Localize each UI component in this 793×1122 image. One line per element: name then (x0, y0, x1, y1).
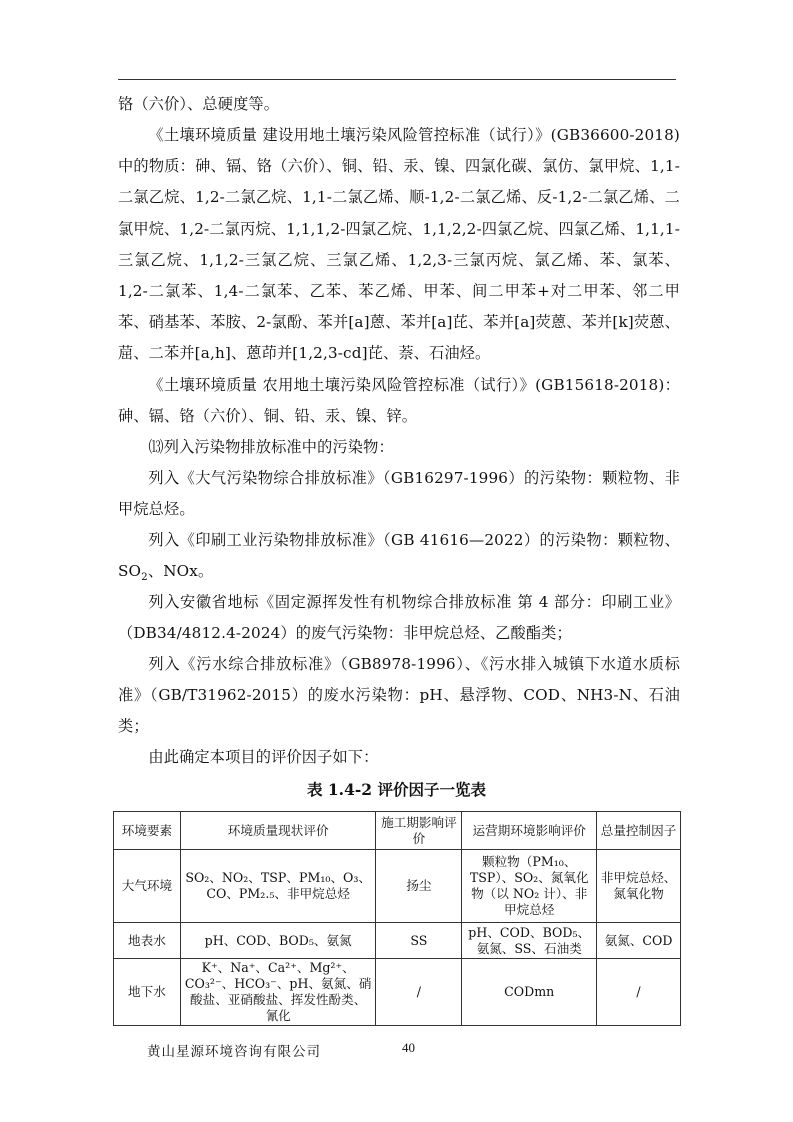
evaluation-factors-table: 环境要素 环境质量现状评价 施工期影响评价 运营期环境影响评价 总量控制因子 大… (113, 811, 681, 1026)
cell-operation: pH、COD、BOD₅、氨氮、SS、石油类 (462, 923, 597, 959)
paragraph-gb41616: 列入《印刷工业污染物排放标准》（GB 41616—2022）的污染物：颗粒物、S… (118, 525, 680, 587)
header-total-control: 总量控制因子 (597, 812, 681, 850)
paragraph-emission-standards-heading: ⒀列入污染物排放标准中的污染物： (118, 432, 680, 463)
cell-status: SO₂、NO₂、TSP、PM₁₀、O₃、CO、PM₂.₅、非甲烷总烃 (180, 850, 376, 923)
cell-construction: SS (376, 923, 462, 959)
cell-total-control: / (597, 959, 681, 1026)
paragraph-gb36600: 《土壤环境质量 建设用地土壤污染风险管控标准（试行）》(GB36600-2018… (118, 120, 680, 370)
cell-operation: 颗粒物（PM₁₀、TSP）、SO₂、氮氧化物（以 NO₂ 计）、非甲烷总烃 (462, 850, 597, 923)
paragraph-gb8978: 列入《污水综合排放标准》（GB8978-1996）、《污水排入城镇下水道水质标准… (118, 649, 680, 743)
cell-element: 地下水 (114, 959, 181, 1026)
header-element: 环境要素 (114, 812, 181, 850)
footer-company: 黄山星源环境咨询有限公司 (147, 1040, 321, 1060)
gb41616-text-b: 、NOx。 (148, 562, 213, 580)
paragraph-gb16297: 列入《大气污染物综合排放标准》（GB16297-1996）的污染物：颗粒物、非甲… (118, 463, 680, 525)
table-row: 地表水 pH、COD、BOD₅、氨氮 SS pH、COD、BOD₅、氨氮、SS、… (114, 923, 681, 959)
table-caption: 表 1.4-2 评价因子一览表 (0, 778, 793, 800)
header-rule (118, 79, 676, 80)
header-construction: 施工期影响评价 (376, 812, 462, 850)
cell-total-control: 非甲烷总烃、氮氧化物 (597, 850, 681, 923)
page-number: 40 (402, 1040, 415, 1056)
cell-construction: 扬尘 (376, 850, 462, 923)
table-row: 地下水 K⁺、Na⁺、Ca²⁺、Mg²⁺、CO₃²⁻、HCO₃⁻、pH、氨氮、硝… (114, 959, 681, 1026)
cell-status: K⁺、Na⁺、Ca²⁺、Mg²⁺、CO₃²⁻、HCO₃⁻、pH、氨氮、硝酸盐、亚… (180, 959, 376, 1026)
paragraph-factors-intro: 由此确定本项目的评价因子如下： (118, 742, 680, 773)
cell-construction: / (376, 959, 462, 1026)
paragraph-gb15618: 《土壤环境质量 农用地土壤污染风险管控标准（试行）》(GB15618-2018)… (118, 370, 680, 432)
cell-operation: CODmn (462, 959, 597, 1026)
gb41616-subscript: 2 (141, 571, 148, 583)
table-row: 大气环境 SO₂、NO₂、TSP、PM₁₀、O₃、CO、PM₂.₅、非甲烷总烃 … (114, 850, 681, 923)
cell-element: 地表水 (114, 923, 181, 959)
header-operation: 运营期环境影响评价 (462, 812, 597, 850)
cell-status: pH、COD、BOD₅、氨氮 (180, 923, 376, 959)
table-header-row: 环境要素 环境质量现状评价 施工期影响评价 运营期环境影响评价 总量控制因子 (114, 812, 681, 850)
cell-element: 大气环境 (114, 850, 181, 923)
paragraph-db34: 列入安徽省地标《固定源挥发性有机物综合排放标准 第 4 部分：印刷工业》（DB3… (118, 587, 680, 649)
header-status: 环境质量现状评价 (180, 812, 376, 850)
paragraph-continuation: 铬（六价）、总硬度等。 (118, 89, 680, 120)
cell-total-control: 氨氮、COD (597, 923, 681, 959)
